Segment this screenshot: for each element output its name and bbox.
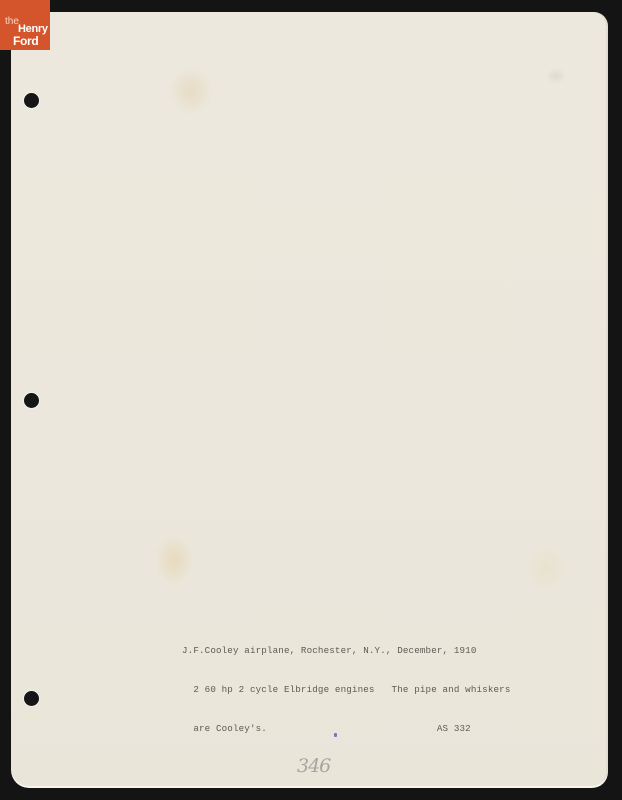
ink-speck	[334, 733, 337, 737]
henry-ford-logo: the Henry Ford	[0, 0, 50, 50]
logo-text-ford: Ford	[13, 35, 38, 47]
binder-hole-middle	[24, 393, 39, 408]
caption-line-2: 2 60 hp 2 cycle Elbridge engines The pip…	[182, 683, 510, 696]
typed-caption: J.F.Cooley airplane, Rochester, N.Y., De…	[182, 618, 510, 748]
handwritten-number: 346	[297, 755, 330, 777]
logo-text-the: the	[5, 17, 19, 27]
binder-hole-bottom	[24, 691, 39, 706]
caption-line-1: J.F.Cooley airplane, Rochester, N.Y., De…	[182, 644, 510, 657]
caption-line-3: are Cooley's. AS 332	[182, 722, 510, 735]
binder-hole-top	[24, 93, 39, 108]
